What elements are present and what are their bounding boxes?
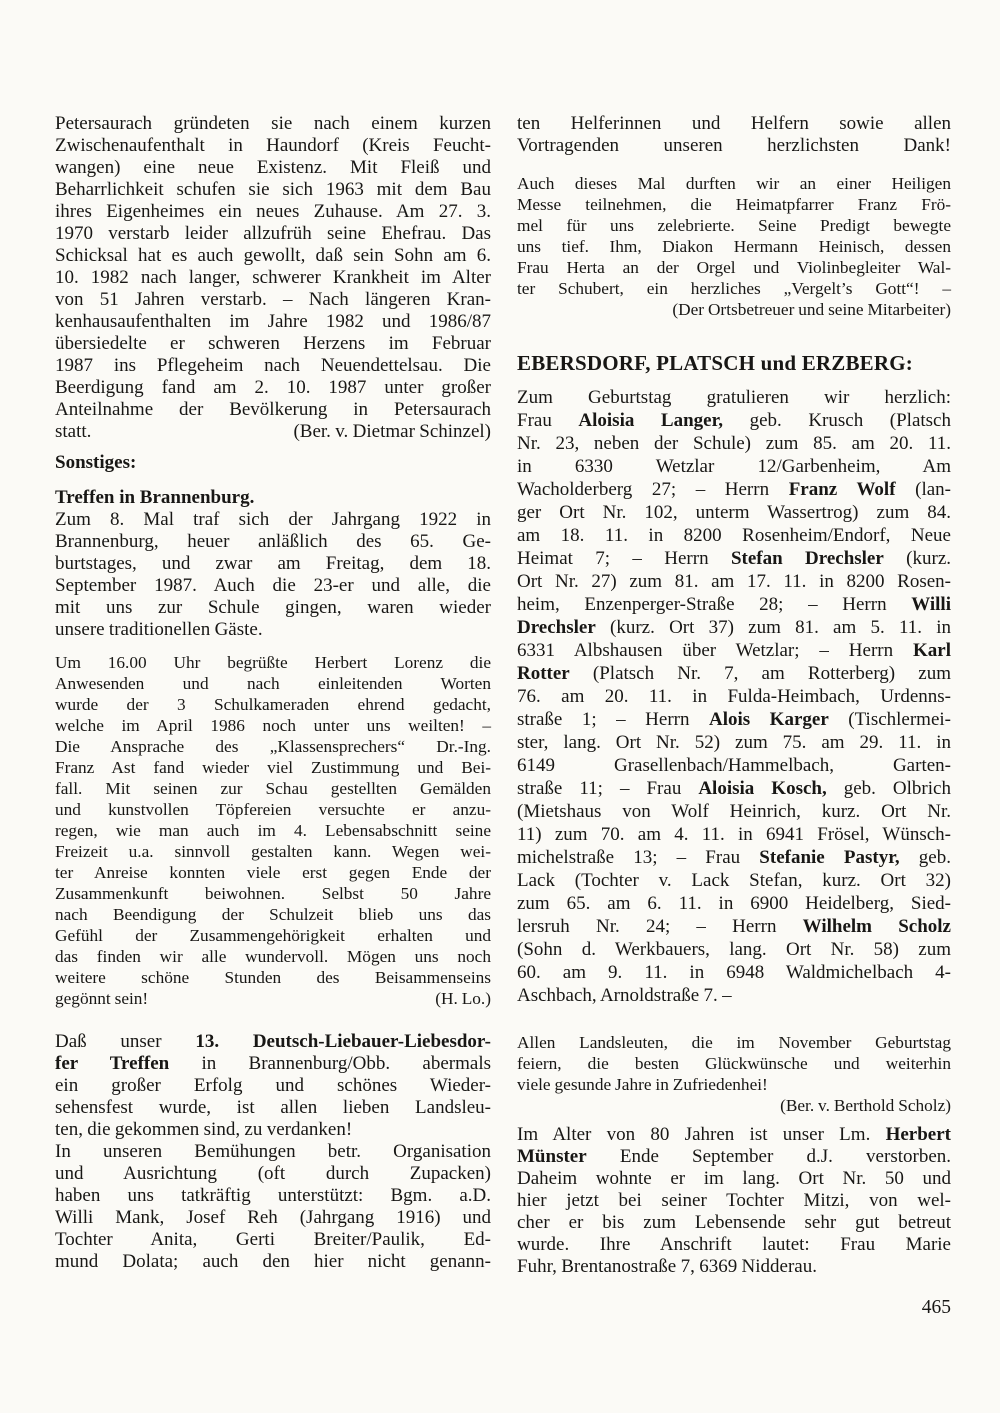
text-line: Beerdigung fand am 2. 10. 1987 unter gro… xyxy=(55,377,491,399)
text-line: ten Helferinnen und Helfern sowie allen xyxy=(517,113,951,135)
text-line-start: statt. xyxy=(55,421,91,443)
text-line: Frau Aloisia Langer, geb. Krusch (Platsc… xyxy=(517,409,951,432)
right-column: ten Helferinnen und Helfern sowie allenV… xyxy=(517,113,951,1278)
text-line: 1970 verstarb leider allzufrüh seine Ehe… xyxy=(55,223,491,245)
attribution: (Ber. v. Dietmar Schinzel) xyxy=(293,421,491,443)
text-line: In unseren Bemühungen betr. Organisation xyxy=(55,1141,491,1163)
text-line: Ort Nr. 27) zum 81. am 17. 11. in 8200 R… xyxy=(517,570,951,593)
section-heading-sonstiges: Sonstiges: xyxy=(55,452,491,474)
text-line: (Sohn d. Werkbauers, lang. Ort Nr. 58) z… xyxy=(517,938,951,961)
text-line: Frau Herta an der Orgel und Violinbeglei… xyxy=(517,257,951,278)
text-line: welche im April 1986 noch unter uns weil… xyxy=(55,715,491,736)
text-line: ter Schubert, ein herzliches „Vergelt’s … xyxy=(517,278,951,299)
text-line: mund Dolata; auch den hier nicht genann- xyxy=(55,1251,491,1273)
text-line: Vortragenden unseren herzlichsten Dank! xyxy=(517,135,951,157)
text-line: hier jetzt bei seiner Tochter Mitzi, von… xyxy=(517,1190,951,1212)
text-line: wurde der 3 Schulkameraden ehrend gedach… xyxy=(55,694,491,715)
text-line: Allen Landsleuten, die im November Gebur… xyxy=(517,1032,951,1053)
attribution: (H. Lo.) xyxy=(435,988,491,1009)
text-line: zum 65. am 6. 11. in 6900 Heidelberg, Si… xyxy=(517,892,951,915)
text-line: 6149 Grasellenbach/Hammelbach, Garten- xyxy=(517,754,951,777)
text-line: wurde. Ihre Anschrift lautet: Frau Marie xyxy=(517,1234,951,1256)
text-line: Willi Mank, Josef Reh (Jahrgang 1916) un… xyxy=(55,1207,491,1229)
text-line: ger Ort Nr. 102, unterm Wassertrog) zum … xyxy=(517,501,951,524)
attribution-line: (Ber. v. Berthold Scholz) xyxy=(517,1095,951,1116)
text-line: feiern, die besten Glückwünsche und weit… xyxy=(517,1053,951,1074)
text-line: sehensfest wurde, ist allen lieben Lands… xyxy=(55,1097,491,1119)
text-line: Franz Ast fand wieder viel Zustimmung un… xyxy=(55,757,491,778)
text-line: ten, die gekommen sind, zu verdanken! xyxy=(55,1119,491,1141)
text-line: Schicksal hat es auch gewollt, daß sein … xyxy=(55,245,491,267)
text-line: unsere traditionellen Gäste. xyxy=(55,619,491,641)
text-line: straße 11; – Frau Aloisia Kosch, geb. Ol… xyxy=(517,777,951,800)
text-line: Anwesenden und nach einleitenden Worten xyxy=(55,673,491,694)
text-line: ein großer Erfolg und schönes Wieder- xyxy=(55,1075,491,1097)
text-line: Aschbach, Arnoldstraße 7. – xyxy=(517,984,951,1007)
text-line: regen, wie man auch im 4. Lebensabschnit… xyxy=(55,820,491,841)
messe-report-paragraph: Auch dieses Mal durften wir an einer Hei… xyxy=(517,173,951,320)
text-line: ter Anreise konnten viele erst gegen End… xyxy=(55,862,491,883)
text-line: heim, Enzenperger-Straße 28; – Herrn Wil… xyxy=(517,593,951,616)
text-line: Lack (Tochter v. Lack Stefan, kurz. Ort … xyxy=(517,869,951,892)
section-heading-ebersdorf: EBERSDORF, PLATSCH und ERZBERG: xyxy=(517,352,951,374)
text-line: Brannenburg, heuer anläßlich des 65. Ge- xyxy=(55,531,491,553)
text-line: Anteilnahme der Bevölkerung in Petersaur… xyxy=(55,399,491,421)
text-line: (Mietshaus von Wolf Heinrich, kurz. Ort … xyxy=(517,800,951,823)
text-line: von 51 Jahren verstarb. – Nach längeren … xyxy=(55,289,491,311)
text-line: lersruh Nr. 24; – Herrn Wilhelm Scholz xyxy=(517,915,951,938)
text-line: mit uns zur Schule gingen, waren wieder xyxy=(55,597,491,619)
text-line: weitere schöne Stunden des Beisammensein… xyxy=(55,967,491,988)
text-line: 10. 1982 nach langer, schwerer Krankheit… xyxy=(55,267,491,289)
text-line: Im Alter von 80 Jahren ist unser Lm. Her… xyxy=(517,1124,951,1146)
text-line: kenhausaufenthalten im Jahre 1982 und 19… xyxy=(55,311,491,333)
page-number: 465 xyxy=(517,1297,951,1319)
text-line: 6331 Albshausen über Wetzlar; – Herrn Ka… xyxy=(517,639,951,662)
text-line: fall. Mit seinen zur Schau gestellten Ge… xyxy=(55,778,491,799)
text-line: Wacholderberg 27; – Herrn Franz Wolf (la… xyxy=(517,478,951,501)
text-line: Heimat 7; – Herrn Stefan Drechsler (kurz… xyxy=(517,547,951,570)
obituary-paragraph: Petersaurach gründeten sie nach einem ku… xyxy=(55,113,491,443)
text-line: Zum 8. Mal traf sich der Jahrgang 1922 i… xyxy=(55,509,491,531)
muenster-obituary-paragraph: Im Alter von 80 Jahren ist unser Lm. Her… xyxy=(517,1124,951,1278)
text-line: Daheim wohnte er im lang. Ort Nr. 50 und xyxy=(517,1168,951,1190)
text-line: viele gesunde Jahre in Zufriedenhei! xyxy=(517,1074,951,1095)
text-line: mel für uns zelebrierte. Seine Predigt b… xyxy=(517,215,951,236)
text-line: und kunstvollen Töpfereien versuchte er … xyxy=(55,799,491,820)
text-line: burtstages, und zwar am Freitag, dem 18. xyxy=(55,553,491,575)
text-line: wangen) eine neue Existenz. Mit Fleiß un… xyxy=(55,157,491,179)
text-line: Messe teilnehmen, die Heimatpfarrer Fran… xyxy=(517,194,951,215)
text-line: Beharrlichkeit schufen sie sich 1963 mit… xyxy=(55,179,491,201)
page: Petersaurach gründeten sie nach einem ku… xyxy=(0,0,1000,1413)
text-line: Zum Geburtstag gratulieren wir herzlich: xyxy=(517,386,951,409)
text-line: Zwischenaufenthalt in Haundorf (Kreis Fe… xyxy=(55,135,491,157)
text-line: 60. am 9. 11. in 6948 Waldmichelbach 4- xyxy=(517,961,951,984)
text-line: Fuhr, Brentanostraße 7, 6369 Nidderau. xyxy=(517,1256,951,1278)
text-line: Zusammenkunft beiwohnen. Selbst 50 Jahre xyxy=(55,883,491,904)
text-line-start: gegönnt sein! xyxy=(55,988,148,1009)
text-line: und Ausrichtung (oft durch Zupacken) xyxy=(55,1163,491,1185)
text-line: in 6330 Wetzlar 12/Garbenheim, Am xyxy=(517,455,951,478)
article-heading-treffen: Treffen in Brannenburg. xyxy=(55,487,491,509)
text-line: michelstraße 13; – Frau Stefanie Pastyr,… xyxy=(517,846,951,869)
text-line: Münster Ende September d.J. verstorben. xyxy=(517,1146,951,1168)
treffen-report-paragraph: Um 16.00 Uhr begrüßte Herbert Lorenz die… xyxy=(55,652,491,1009)
left-column: Petersaurach gründeten sie nach einem ku… xyxy=(55,113,491,1273)
text-line: Rotter (Platsch Nr. 7, am Rotterberg) zu… xyxy=(517,662,951,685)
text-line: fer Treffen in Brannenburg/Obb. abermals xyxy=(55,1053,491,1075)
text-line: Daß unser 13. Deutsch-Liebauer-Liebesdor… xyxy=(55,1031,491,1053)
text-line: Die Ansprache des „Klassensprechers“ Dr.… xyxy=(55,736,491,757)
birthday-greetings-paragraph: Zum Geburtstag gratulieren wir herzlich:… xyxy=(517,386,951,1007)
text-line: cher er bis zum Lebensende sehr gut betr… xyxy=(517,1212,951,1234)
text-line: September 1987. Auch die 23-er und alle,… xyxy=(55,575,491,597)
text-line: Freizeit u.a. sinnvoll gestalten kann. W… xyxy=(55,841,491,862)
text-line: statt.(Ber. v. Dietmar Schinzel) xyxy=(55,421,491,443)
text-line: 11) zum 70. am 4. 11. in 6941 Frösel, Wü… xyxy=(517,823,951,846)
text-line: haben uns tatkräftig unterstützt: Bgm. a… xyxy=(55,1185,491,1207)
text-line: ster, lang. Ort Nr. 52) zum 75. am 29. 1… xyxy=(517,731,951,754)
text-line: 76. am 20. 11. in Fulda-Heimbach, Urdenn… xyxy=(517,685,951,708)
attribution-line: (Der Ortsbetreuer und seine Mitarbeiter) xyxy=(517,299,951,320)
text-line: Tochter Anita, Gerti Breiter/Paulik, Ed- xyxy=(55,1229,491,1251)
text-line: Um 16.00 Uhr begrüßte Herbert Lorenz die xyxy=(55,652,491,673)
text-line: Drechsler (kurz. Ort 37) zum 81. am 5. 1… xyxy=(517,616,951,639)
november-wishes-paragraph: Allen Landsleuten, die im November Gebur… xyxy=(517,1032,951,1116)
text-line: Gefühl der Zusammengehörigkeit erhalten … xyxy=(55,925,491,946)
text-line: Auch dieses Mal durften wir an einer Hei… xyxy=(517,173,951,194)
text-line: 1987 ins Pflegeheim nach Neuendettelsau.… xyxy=(55,355,491,377)
text-line: Petersaurach gründeten sie nach einem ku… xyxy=(55,113,491,135)
text-line: ihres Eigenheimes ein neues Zuhause. Am … xyxy=(55,201,491,223)
text-line: übersiedelte er schweren Herzens im Febr… xyxy=(55,333,491,355)
text-line: am 18. 11. in 8200 Rosenheim/Endorf, Neu… xyxy=(517,524,951,547)
text-line: uns tief. Ihm, Diakon Hermann Heinisch, … xyxy=(517,236,951,257)
text-line: das finden wir alle wundervoll. Mögen un… xyxy=(55,946,491,967)
text-line: straße 1; – Herrn Alois Karger (Tischler… xyxy=(517,708,951,731)
thanks-continued-paragraph: ten Helferinnen und Helfern sowie allenV… xyxy=(517,113,951,157)
text-line: nach Beendigung der Schulzeit blieb uns … xyxy=(55,904,491,925)
text-line: gegönnt sein!(H. Lo.) xyxy=(55,988,491,1009)
treffen-intro-paragraph: Zum 8. Mal traf sich der Jahrgang 1922 i… xyxy=(55,509,491,641)
liebesdorfer-organisation-paragraph: In unseren Bemühungen betr. Organisation… xyxy=(55,1141,491,1273)
liebesdorfer-paragraph: Daß unser 13. Deutsch-Liebauer-Liebesdor… xyxy=(55,1031,491,1141)
text-line: Nr. 23, neben der Schule) zum 85. am 20.… xyxy=(517,432,951,455)
